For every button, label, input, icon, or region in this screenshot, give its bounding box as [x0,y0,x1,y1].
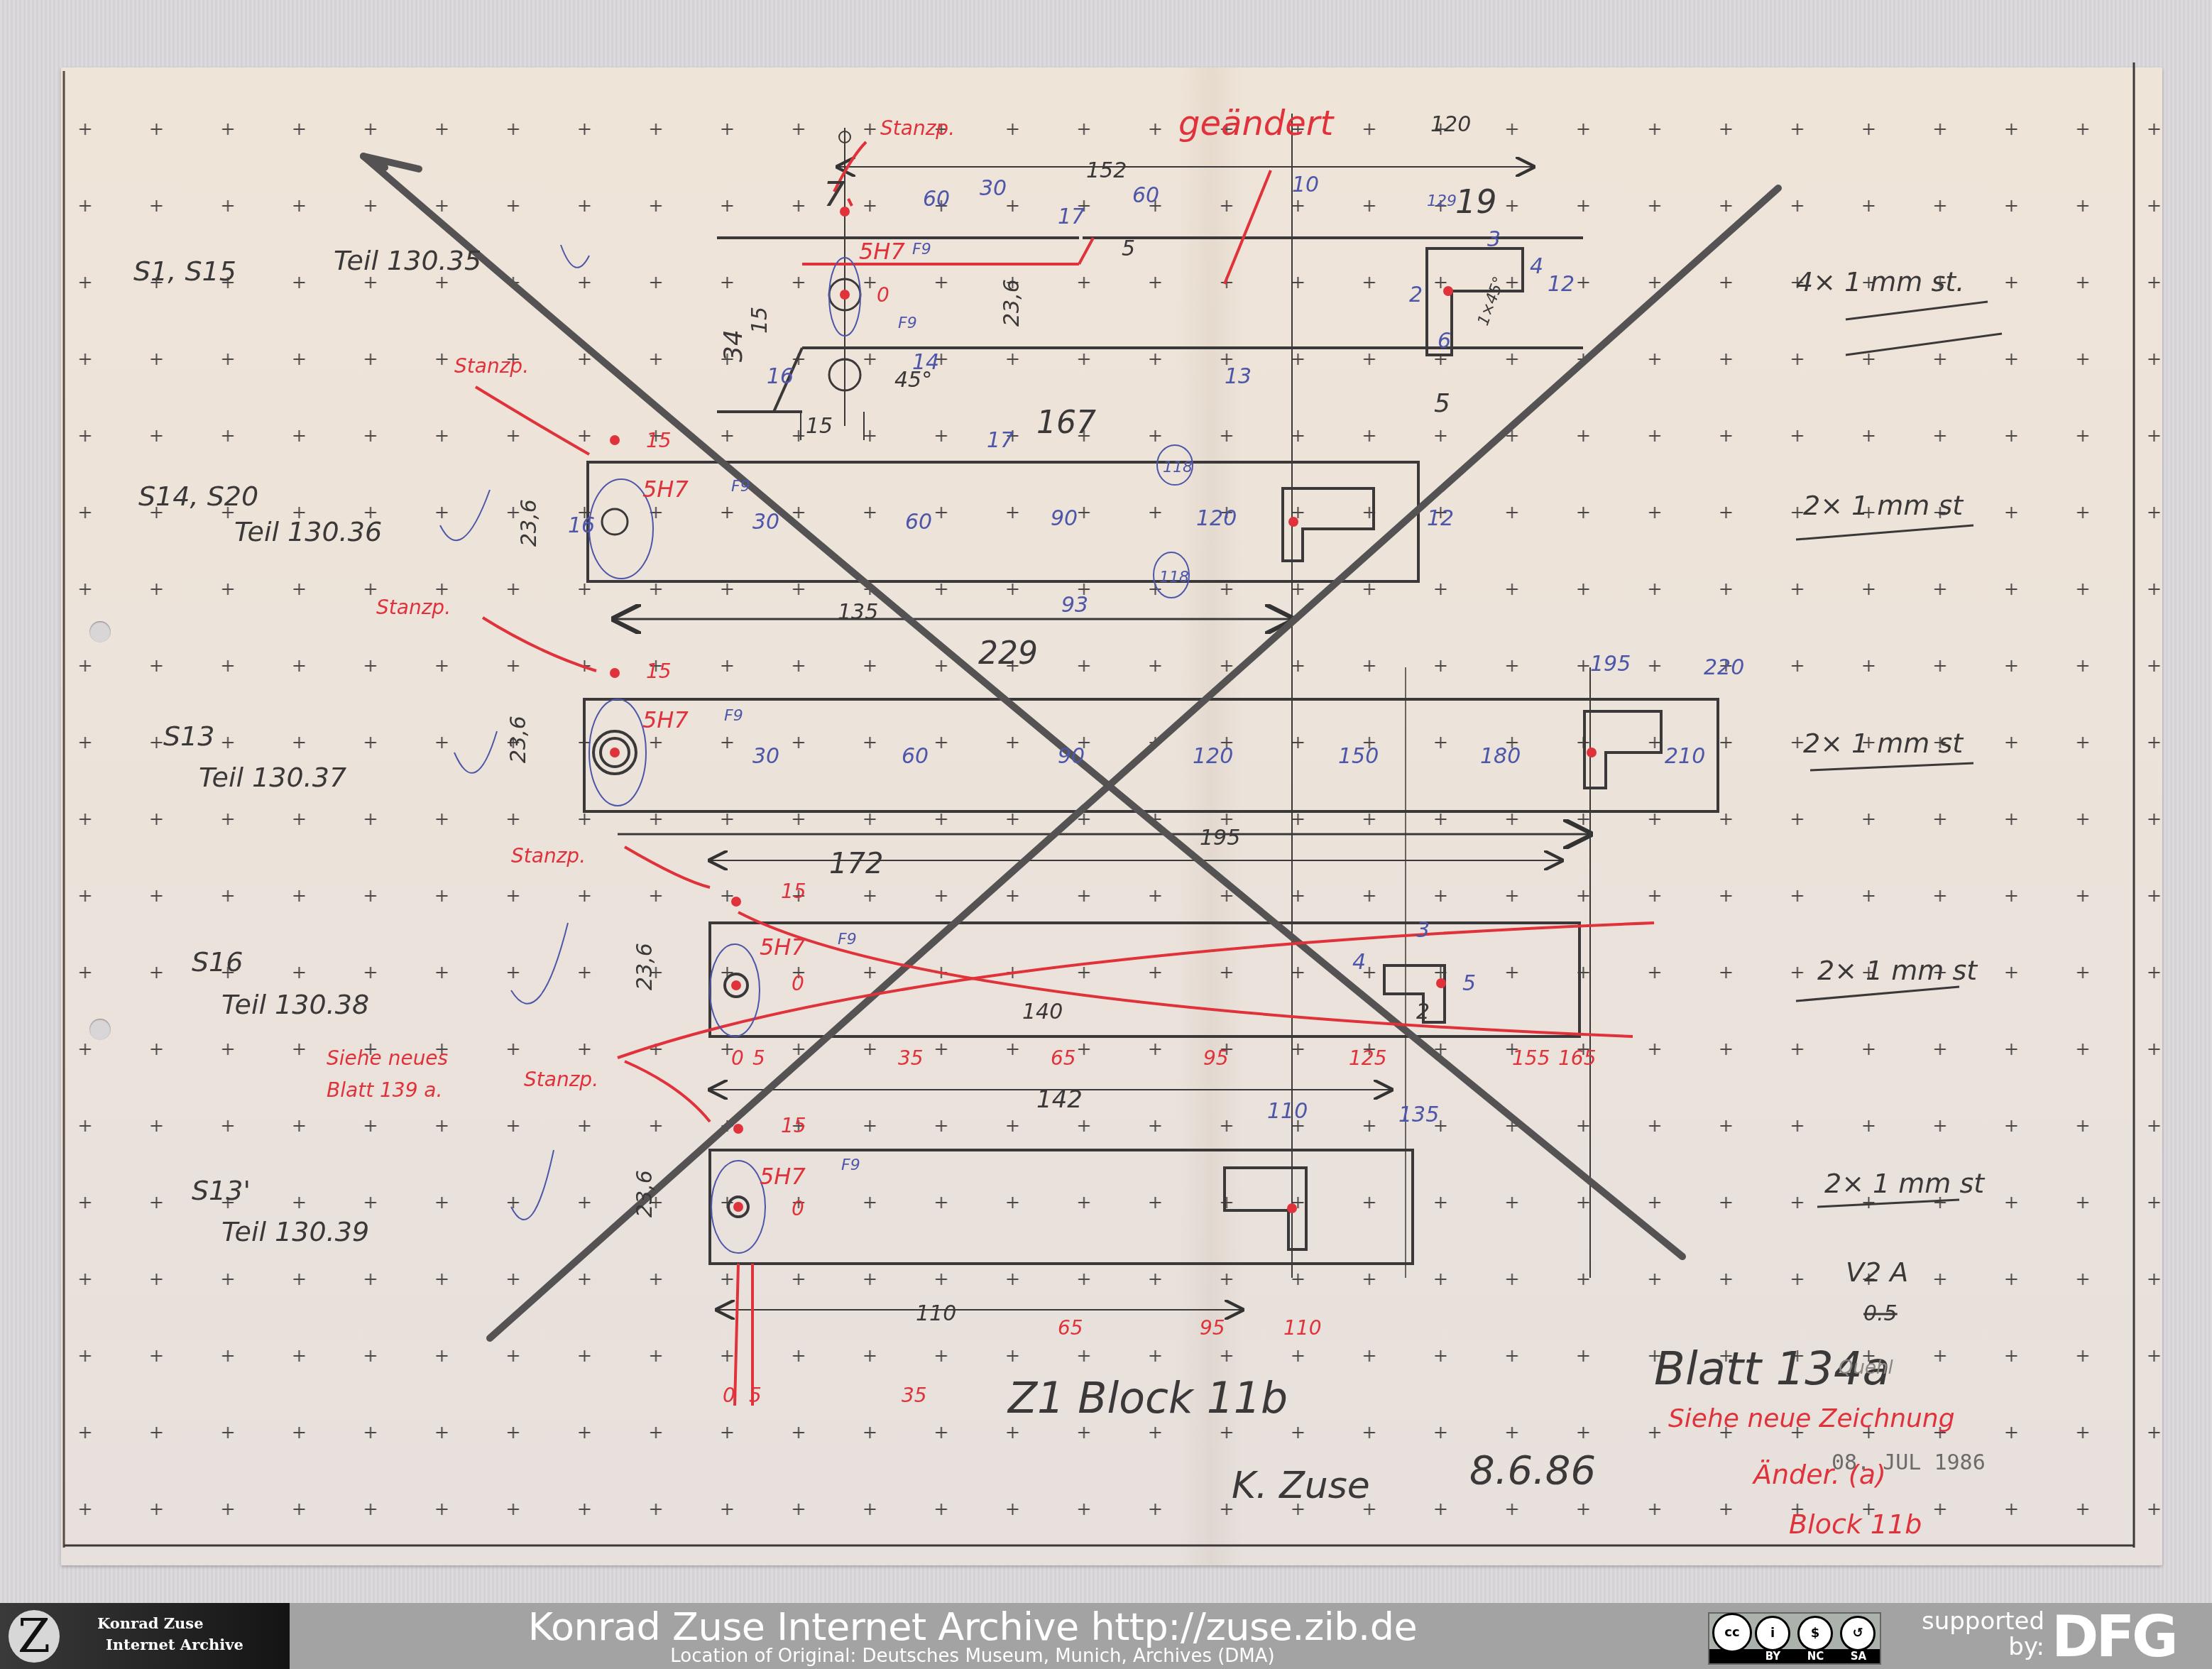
part-5-label: S13' [192,1175,251,1206]
svg-text:3: 3 [1487,227,1501,252]
part-1-label: S1, S15 [133,256,236,287]
svg-text:23,6: 23,6 [633,943,657,990]
sharealike-icon: ↺ [1840,1616,1876,1651]
svg-text:35: 35 [902,1384,927,1407]
svg-text:16: 16 [767,364,794,389]
tolerance-label-2: 5H7 [642,476,689,503]
svg-text:60: 60 [905,510,932,535]
block-label: Z1 Block 11b [1007,1374,1288,1423]
svg-text:118: 118 [1163,459,1193,476]
tolerance-label-5: 5H7 [760,1163,806,1190]
svg-text:90: 90 [1058,744,1085,769]
version-struck: 0.5 [1863,1301,1898,1326]
svg-text:F9: F9 [841,1156,860,1174]
svg-text:120: 120 [1196,506,1237,531]
change-a: Änder. (a) [1751,1459,1886,1490]
archive-footer: Z Konrad Zuse Internet Archive Konrad Zu… [0,1603,2212,1669]
svg-text:210: 210 [1665,744,1705,769]
changed-note: geändert [1178,104,1335,143]
svg-text:129: 129 [1427,192,1457,210]
svg-text:34: 34 [719,329,748,362]
stanzp-note-1: Stanzp. [880,116,955,140]
stamp-name: Quehl [1839,1357,1893,1379]
version-label: V2 A [1846,1257,1908,1288]
z-logo-icon: Z [9,1610,60,1663]
signature: K. Zuse [1232,1465,1370,1507]
svg-text:F9: F9 [912,241,931,258]
svg-text:93: 93 [1061,593,1088,618]
svg-text:150: 150 [1338,744,1379,769]
svg-text:10: 10 [1292,173,1319,197]
svg-text:30: 30 [752,744,779,769]
svg-text:6: 6 [1438,329,1451,354]
svg-text:F9: F9 [731,478,750,496]
see-new-sheet-line2: Blatt 139 a. [327,1078,442,1102]
see-new-drawing: Siehe neue Zeichnung [1668,1404,1955,1433]
note-qty-4: 2× 1 mm st [1817,955,1978,986]
svg-text:12: 12 [1427,506,1454,531]
svg-text:14: 14 [912,350,939,375]
svg-text:4: 4 [1530,254,1543,279]
value-15-2: 15 [646,660,672,683]
svg-text:15: 15 [806,414,833,439]
svg-text:110: 110 [1283,1316,1321,1340]
svg-text:2: 2 [1416,1000,1430,1024]
svg-text:60: 60 [902,744,929,769]
svg-text:23,6: 23,6 [1000,279,1024,327]
svg-text:F9: F9 [838,931,857,948]
part-2-label: S14, S20 [138,481,258,512]
svg-text:90: 90 [1051,506,1078,531]
technical-drawing: S1, S15 Teil 130.35 S14, S20 Teil 130.36… [0,0,2212,1603]
part-3-label: S13 [163,721,214,752]
svg-text:5: 5 [749,1384,762,1407]
svg-text:65: 65 [1051,1046,1076,1070]
value-0-1: 0 [877,283,889,307]
stanzp-note-3: Stanzp. [376,596,451,619]
svg-text:5: 5 [1122,236,1135,261]
signature-date: 8.6.86 [1469,1448,1596,1494]
svg-text:195: 195 [1590,652,1631,677]
svg-text:152: 152 [1086,158,1127,183]
svg-text:5: 5 [752,1046,765,1070]
note-qty-3: 2× 1 mm st [1803,728,1964,759]
tolerance-label-4: 5H7 [760,934,806,961]
value-15-4: 15 [781,1114,806,1137]
stanzp-note-4: Stanzp. [511,844,586,868]
note-qty-5: 2× 1 mm st [1824,1168,1986,1199]
svg-text:30: 30 [752,510,779,535]
part-1-teil: Teil 130.35 [334,245,481,276]
svg-text:140: 140 [1022,1000,1063,1024]
svg-text:118: 118 [1159,569,1189,586]
part-4-teil: Teil 130.38 [221,989,369,1020]
svg-text:F9: F9 [724,707,743,725]
tolerance-label-1: 5H7 [859,238,905,265]
svg-text:30: 30 [980,176,1007,201]
block-11b-red: Block 11b [1789,1509,1922,1540]
svg-text:95: 95 [1200,1316,1225,1340]
svg-text:5: 5 [1434,389,1450,418]
svg-text:17: 17 [1058,204,1085,229]
svg-text:16: 16 [568,513,595,538]
svg-text:23,6: 23,6 [633,1170,657,1217]
value-0-2: 0 [792,972,804,995]
svg-text:5: 5 [1462,971,1476,996]
stanzp-note-2: Stanzp. [454,354,529,378]
svg-text:135: 135 [838,600,878,625]
svg-text:95: 95 [1203,1046,1229,1070]
svg-text:15: 15 [748,307,772,334]
svg-text:65: 65 [1058,1316,1083,1340]
svg-text:125: 125 [1349,1046,1386,1070]
logo-text: Konrad Zuse Internet Archive [97,1613,243,1656]
svg-text:110: 110 [1267,1099,1308,1124]
part-3-teil: Teil 130.37 [199,762,346,793]
svg-text:167: 167 [1036,405,1096,441]
value-15-3: 15 [781,880,806,903]
part-5-teil: Teil 130.39 [221,1216,369,1247]
svg-text:60: 60 [1132,183,1159,208]
supported-by: supported by: [1910,1609,2044,1660]
svg-text:2: 2 [1409,283,1423,307]
svg-text:120: 120 [1430,112,1471,137]
stanzp-note-5: Stanzp. [524,1068,598,1091]
svg-text:19: 19 [1455,182,1497,221]
svg-text:220: 220 [1704,655,1744,680]
svg-text:35: 35 [898,1046,924,1070]
value-15-1: 15 [646,429,672,452]
svg-text:172: 172 [829,848,883,880]
svg-text:60: 60 [923,187,950,212]
cc-icon: cc [1712,1613,1752,1653]
cc-labels: BY NC SA [1752,1649,1880,1663]
svg-text:135: 135 [1398,1102,1439,1127]
note-qty-1: 4× 1 mm st. [1796,266,1964,297]
dfg-logo[interactable]: DFG [2052,1606,2176,1668]
svg-text:3: 3 [1416,918,1430,943]
noncommercial-icon: $ [1797,1616,1833,1651]
svg-text:110: 110 [916,1301,956,1326]
note-qty-2: 2× 1 mm st [1803,490,1964,521]
svg-text:155: 155 [1512,1046,1550,1070]
svg-text:142: 142 [1036,1085,1083,1114]
logo-line-2: Internet Archive [97,1634,243,1656]
svg-text:0: 0 [723,1384,735,1407]
svg-text:F9: F9 [898,314,917,332]
svg-text:13: 13 [1225,364,1252,389]
svg-text:180: 180 [1480,744,1521,769]
svg-text:4: 4 [1352,950,1366,975]
part-4-label: S16 [192,946,243,978]
tolerance-label-3: 5H7 [642,706,689,733]
svg-text:229: 229 [978,635,1038,672]
see-new-sheet-line1: Siehe neues [327,1046,448,1070]
logo-line-1: Konrad Zuse [97,1613,243,1634]
zuse-archive-logo[interactable]: Z Konrad Zuse Internet Archive [0,1603,290,1669]
svg-text:120: 120 [1193,744,1233,769]
part-2-teil: Teil 130.36 [234,516,382,547]
cc-license-badge[interactable]: cc i $ ↺ BY NC SA [1708,1612,1881,1665]
by-attribution-icon: i [1755,1616,1790,1651]
svg-text:7: 7 [823,175,845,214]
svg-text:12: 12 [1548,272,1575,297]
archive-title[interactable]: Konrad Zuse Internet Archive http://zuse… [440,1606,1505,1648]
svg-text:0: 0 [731,1046,744,1070]
svg-text:23,6: 23,6 [506,716,531,763]
value-0-3: 0 [792,1197,804,1220]
svg-text:165: 165 [1558,1046,1596,1070]
svg-text:195: 195 [1200,826,1240,850]
svg-text:17: 17 [987,428,1014,453]
original-location: Location of Original: Deutsches Museum, … [440,1646,1505,1667]
svg-text:23,6: 23,6 [517,499,542,547]
